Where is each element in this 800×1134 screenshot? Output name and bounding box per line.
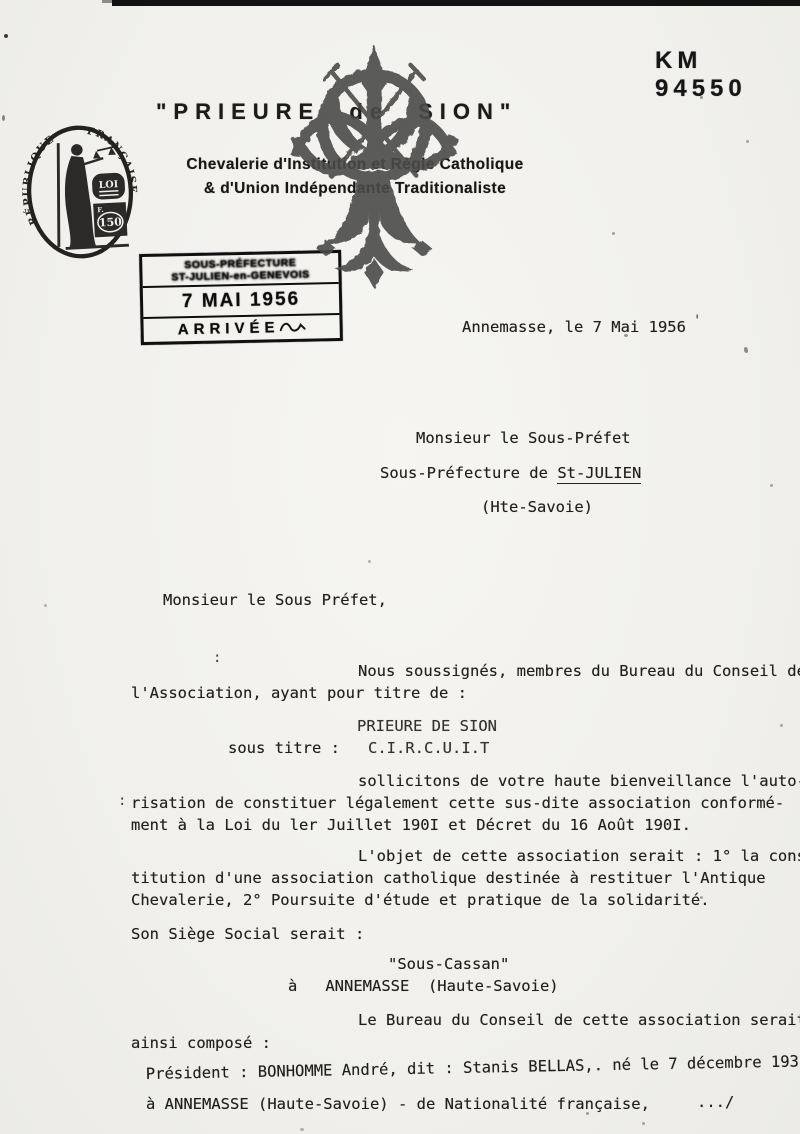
- president-line2: à ANNEMASSE (Haute-Savoie) - de National…: [146, 1094, 650, 1114]
- fleur-de-lis-emblem-icon: [285, 28, 463, 310]
- siege-intro: Son Siège Social serait :: [131, 924, 364, 944]
- recipient-destination: St-JULIEN: [557, 464, 641, 484]
- para2-line3: ment à la Loi du ler Juillet 190I et Déc…: [131, 815, 691, 835]
- margin-colon-artifact: :: [213, 650, 221, 666]
- para2-line2: risation de constituer légalement cette …: [131, 793, 784, 813]
- seal-text-republique: RÉPUBLIQUE: [19, 133, 62, 226]
- association-title: PRIEURE DE SION: [357, 716, 497, 736]
- para3-line2: titution d'une association catholique de…: [131, 868, 766, 888]
- bureau-line2: ainsi composé :: [131, 1033, 271, 1053]
- arrival-stamp-status-label: ARRIVÉE: [178, 319, 280, 338]
- siege-city: à ANNEMASSE (Haute-Savoie): [288, 976, 559, 996]
- loi-tablet: LOI: [92, 172, 126, 200]
- subtitle-label: sous titre :: [228, 738, 340, 758]
- para1-line2: l'Association, ayant pour titre de :: [131, 683, 467, 703]
- president-line1: Président : BONHOMME André, dit : Stanis…: [146, 1050, 800, 1084]
- svg-text:RÉPUBLIQUE: RÉPUBLIQUE: [19, 133, 62, 226]
- salutation: Monsieur le Sous Préfet,: [163, 590, 387, 610]
- scan-edge-bar: [112, 0, 800, 6]
- fiscal-value: 150: [99, 215, 123, 229]
- dateline: Annemasse, le 7 Mai 1956: [462, 317, 686, 337]
- reference-number: KM 94550: [655, 47, 800, 103]
- association-subtitle: C.I.R.C.U.I.T: [368, 738, 489, 758]
- recipient-line1: Monsieur le Sous-Préfet: [416, 428, 631, 448]
- republique-francaise-seal: RÉPUBLIQUE FRANÇAISE LOI F. 150: [18, 118, 141, 266]
- recipient-line2: Sous-Préfecture de St-JULIEN: [380, 463, 641, 483]
- fiscal-value-prefix: F.: [97, 206, 104, 214]
- para2-line1: sollicitons de votre haute bienveillance…: [358, 771, 800, 791]
- loi-label: LOI: [98, 179, 119, 191]
- para3-line3: Chevalerie, 2° Poursuite d'étude et prat…: [131, 890, 710, 910]
- recipient-line2-prefix: Sous-Préfecture de: [380, 464, 557, 482]
- continuation-mark: .../: [697, 1092, 734, 1112]
- arrival-stamp-status: ARRIVÉE: [143, 313, 339, 342]
- pen-squiggle-icon: [279, 320, 305, 335]
- fiscal-value-box: F. 150: [93, 202, 127, 237]
- recipient-line3: (Hte-Savoie): [481, 497, 593, 517]
- scanned-letter-page: KM 94550: [0, 0, 800, 1134]
- para1-line1: Nous soussignés, membres du Bureau du Co…: [358, 661, 800, 681]
- margin-colon-artifact2: :: [118, 793, 126, 809]
- pen-tick-mark: ': [693, 313, 701, 329]
- para3-line1: L'objet de cette association serait : 1°…: [358, 846, 800, 866]
- siege-name: "Sous-Cassan": [388, 954, 509, 974]
- bureau-line1: Le Bureau du Conseil de cette associatio…: [358, 1010, 800, 1030]
